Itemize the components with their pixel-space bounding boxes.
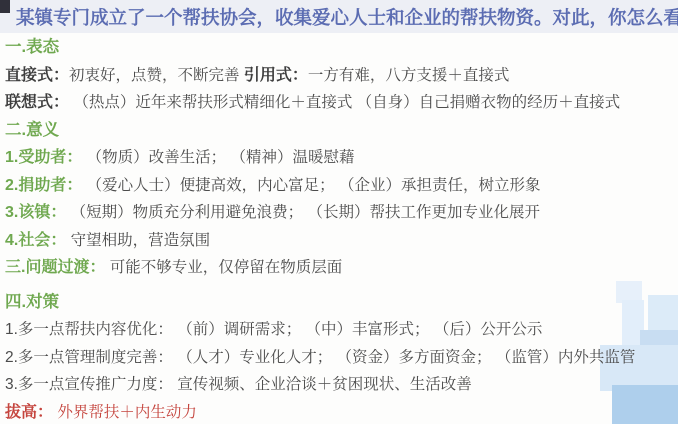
problem-transition-label: 三.问题过渡：: [5, 259, 105, 276]
attitude-direct-quote-line: 直接式：初衷好，点赞，不断完善 引用式：一方有难，八方支援＋直接式: [5, 62, 678, 90]
heading-text: 四.对策: [5, 293, 59, 311]
donors-label: 2.捐助者：: [5, 177, 82, 194]
quote-style-label: 引用式：: [244, 67, 308, 84]
problem-transition-line: 三.问题过渡： 可能不够专业，仅停留在物质层面: [5, 254, 678, 282]
elevation-text: 外界帮扶＋内生动力: [53, 404, 197, 421]
town-label: 3.该镇：: [5, 204, 66, 221]
countermeasure-publicity-line: 3.多一点宣传推广力度： 宣传视频、企业洽谈＋贫困现状、生活改善: [5, 371, 678, 399]
problem-transition-text: 可能不够专业，仅停留在物质层面: [105, 259, 342, 276]
association-style-text: （热点）近年来帮扶形式精细化＋直接式 （自身）自己捐赠衣物的经历＋直接式: [69, 94, 620, 111]
donors-text: （爱心人士）便捷高效，内心富足； （企业）承担责任，树立形象: [82, 177, 540, 194]
heading-text: 二.意义: [5, 121, 59, 139]
elevation-line: 拔高： 外界帮扶＋内生动力: [5, 399, 678, 424]
heading-text: 一.表态: [5, 38, 59, 56]
significance-donors-line: 2.捐助者： （爱心人士）便捷高效，内心富足； （企业）承担责任，树立形象: [5, 172, 678, 200]
significance-society-line: 4.社会： 守望相助，营造氛围: [5, 227, 678, 255]
attitude-association-line: 联想式： （热点）近年来帮扶形式精细化＋直接式 （自身）自己捐赠衣物的经历＋直接…: [5, 89, 678, 117]
countermeasure-publicity-text: 3.多一点宣传推广力度： 宣传视频、企业洽谈＋贫困现状、生活改善: [5, 376, 472, 393]
elevation-label: 拔高：: [5, 404, 53, 421]
society-label: 4.社会：: [5, 232, 66, 249]
quote-style-text: 一方有难，八方支援＋直接式: [308, 67, 510, 84]
direct-style-label: 直接式：: [5, 67, 69, 84]
recipients-text: （物质）改善生活； （精神）温暖慰藉: [82, 149, 354, 166]
significance-recipients-line: 1.受助者： （物质）改善生活； （精神）温暖慰藉: [5, 144, 678, 172]
countermeasure-content-text: 1.多一点帮扶内容优化： （前）调研需求； （中）丰富形式； （后）公开公示: [5, 321, 542, 338]
society-text: 守望相助，营造氛围: [66, 232, 210, 249]
association-style-label: 联想式：: [5, 94, 69, 111]
section-heading-significance: 二.意义: [5, 117, 678, 145]
countermeasure-management-line: 2.多一点管理制度完善： （人才）专业化人才； （资金）多方面资金； （监管）内…: [5, 344, 678, 372]
direct-style-text: 初衷好，点赞，不断完善: [69, 67, 244, 84]
town-text: （短期）物质充分利用避免浪费； （长期）帮扶工作更加专业化展开: [66, 204, 540, 221]
countermeasure-management-text: 2.多一点管理制度完善： （人才）专业化人才； （资金）多方面资金； （监管）内…: [5, 349, 635, 366]
question-title: 某镇专门成立了一个帮扶协会，收集爱心人士和企业的帮扶物资。对此，你怎么看？: [5, 0, 678, 34]
section-heading-countermeasures: 四.对策: [5, 289, 678, 317]
recipients-label: 1.受助者：: [5, 149, 82, 166]
notes-document: 某镇专门成立了一个帮扶协会，收集爱心人士和企业的帮扶物资。对此，你怎么看？ 一.…: [5, 0, 678, 424]
countermeasure-content-line: 1.多一点帮扶内容优化： （前）调研需求； （中）丰富形式； （后）公开公示: [5, 316, 678, 344]
corner-marker: [0, 0, 10, 13]
section-heading-attitude: 一.表态: [5, 34, 678, 62]
significance-town-line: 3.该镇： （短期）物质充分利用避免浪费； （长期）帮扶工作更加专业化展开: [5, 199, 678, 227]
